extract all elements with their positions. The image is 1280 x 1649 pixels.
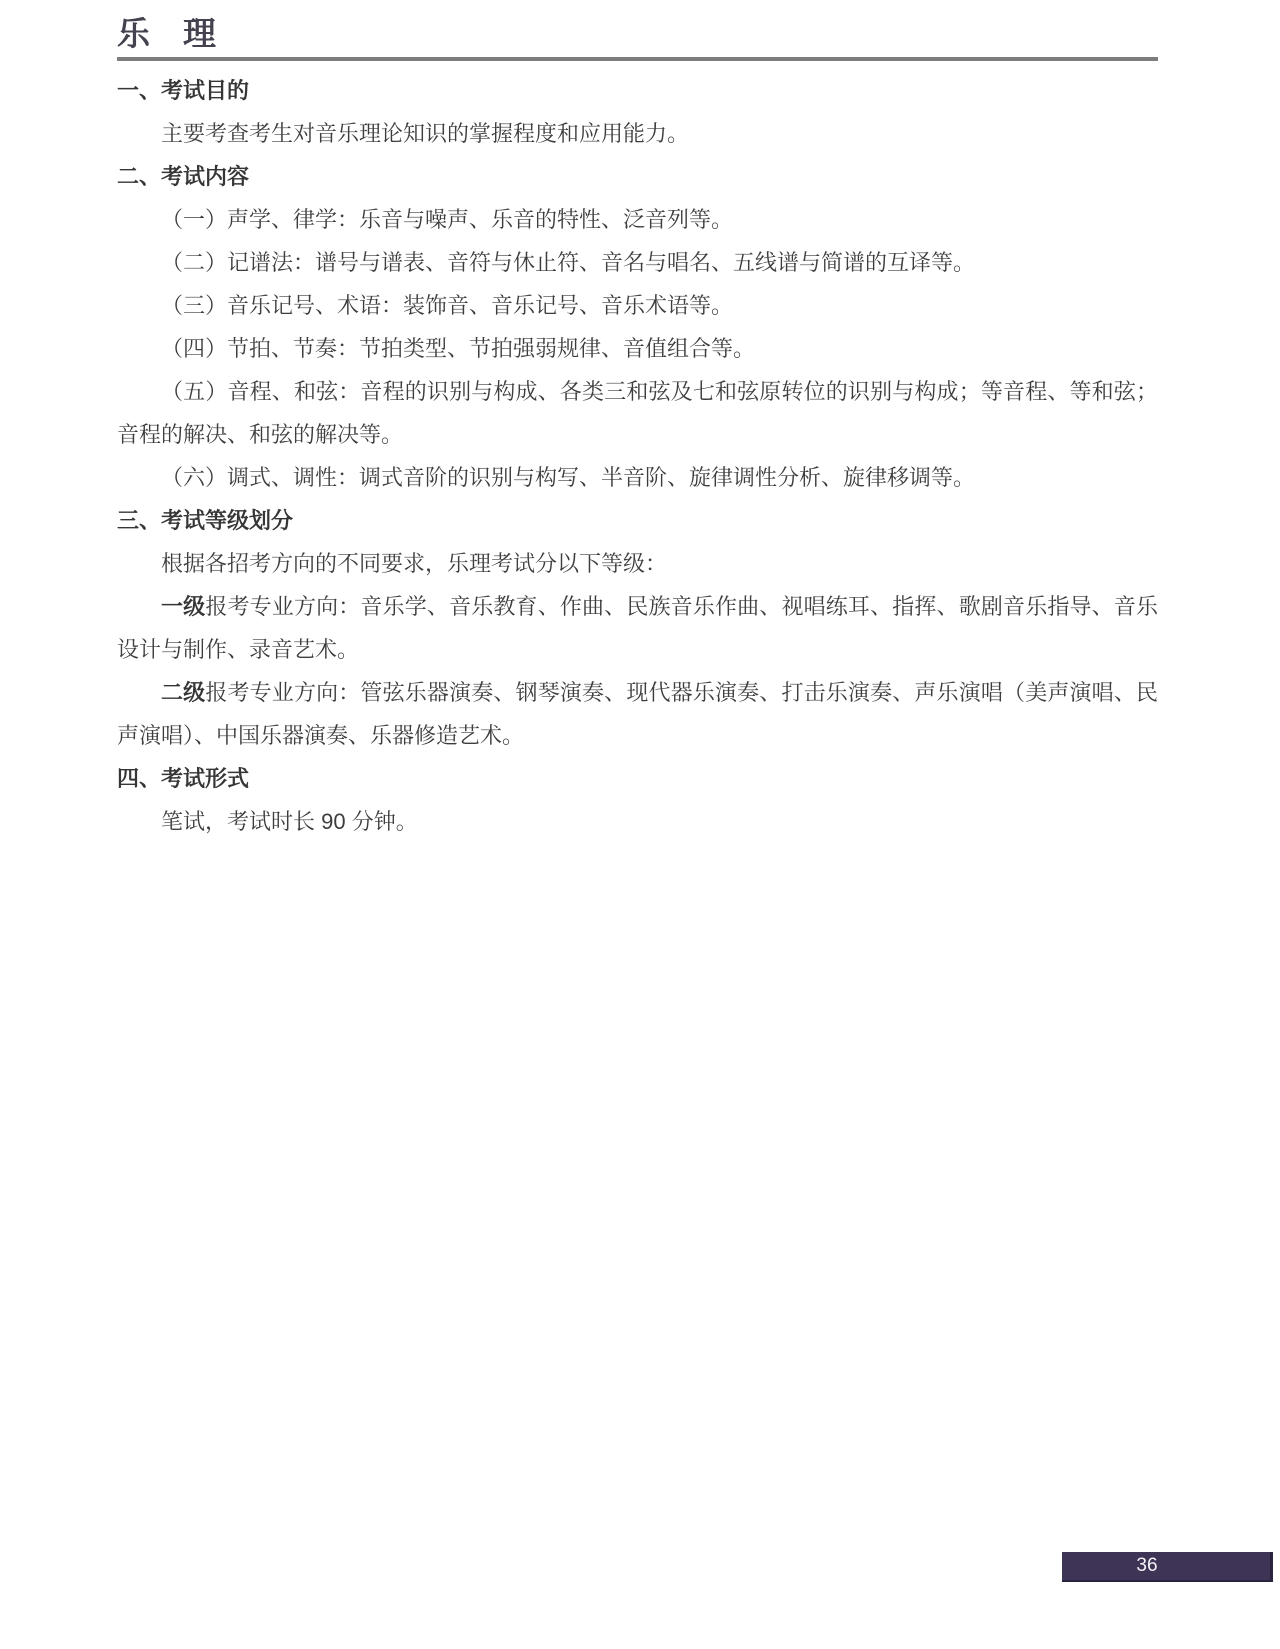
paragraph-text: 报考专业方向：音乐学、音乐教育、作曲、民族音乐作曲、视唱练耳、指挥、歌剧音乐指导… bbox=[117, 594, 1158, 662]
page-number: 36 bbox=[1117, 1552, 1177, 1580]
level-label: 一级 bbox=[161, 594, 205, 619]
section-heading: 二、考试内容 bbox=[117, 155, 1158, 198]
paragraph: 笔试，考试时长 90 分钟。 bbox=[117, 800, 1158, 843]
paragraph: 一级报考专业方向：音乐学、音乐教育、作曲、民族音乐作曲、视唱练耳、指挥、歌剧音乐… bbox=[117, 585, 1158, 671]
page-number-bar: 36 bbox=[1062, 1552, 1273, 1582]
list-item: （四）节拍、节奏：节拍类型、节拍强弱规律、音值组合等。 bbox=[117, 327, 1158, 370]
title-rule bbox=[117, 57, 1158, 61]
section: 一、考试目的 主要考查考生对音乐理论知识的掌握程度和应用能力。 bbox=[117, 69, 1158, 155]
section: 四、考试形式 笔试，考试时长 90 分钟。 bbox=[117, 757, 1158, 843]
level-label: 二级 bbox=[161, 680, 205, 705]
document-body: 一、考试目的 主要考查考生对音乐理论知识的掌握程度和应用能力。 二、考试内容 （… bbox=[117, 69, 1158, 843]
list-item: （二）记谱法：谱号与谱表、音符与休止符、音名与唱名、五线谱与简谱的互译等。 bbox=[117, 241, 1158, 284]
document-page: 乐 理 一、考试目的 主要考查考生对音乐理论知识的掌握程度和应用能力。 二、考试… bbox=[0, 0, 1280, 1649]
section-heading: 一、考试目的 bbox=[117, 69, 1158, 112]
list-item: （六）调式、调性：调式音阶的识别与构写、半音阶、旋律调性分析、旋律移调等。 bbox=[117, 456, 1158, 499]
section: 三、考试等级划分 根据各招考方向的不同要求，乐理考试分以下等级： 一级报考专业方… bbox=[117, 499, 1158, 757]
list-item: （五）音程、和弦：音程的识别与构成、各类三和弦及七和弦原转位的识别与构成；等音程… bbox=[117, 370, 1158, 456]
paragraph: 二级报考专业方向：管弦乐器演奏、钢琴演奏、现代器乐演奏、打击乐演奏、声乐演唱（美… bbox=[117, 671, 1158, 757]
section: 二、考试内容 （一）声学、律学：乐音与噪声、乐音的特性、泛音列等。 （二）记谱法… bbox=[117, 155, 1158, 499]
paragraph: 主要考查考生对音乐理论知识的掌握程度和应用能力。 bbox=[117, 112, 1158, 155]
paragraph: 根据各招考方向的不同要求，乐理考试分以下等级： bbox=[117, 542, 1158, 585]
section-heading: 四、考试形式 bbox=[117, 757, 1158, 800]
list-item: （一）声学、律学：乐音与噪声、乐音的特性、泛音列等。 bbox=[117, 198, 1158, 241]
page-title: 乐 理 bbox=[117, 14, 216, 54]
list-item: （三）音乐记号、术语：装饰音、音乐记号、音乐术语等。 bbox=[117, 284, 1158, 327]
paragraph-text: 报考专业方向：管弦乐器演奏、钢琴演奏、现代器乐演奏、打击乐演奏、声乐演唱（美声演… bbox=[117, 680, 1158, 748]
section-heading: 三、考试等级划分 bbox=[117, 499, 1158, 542]
